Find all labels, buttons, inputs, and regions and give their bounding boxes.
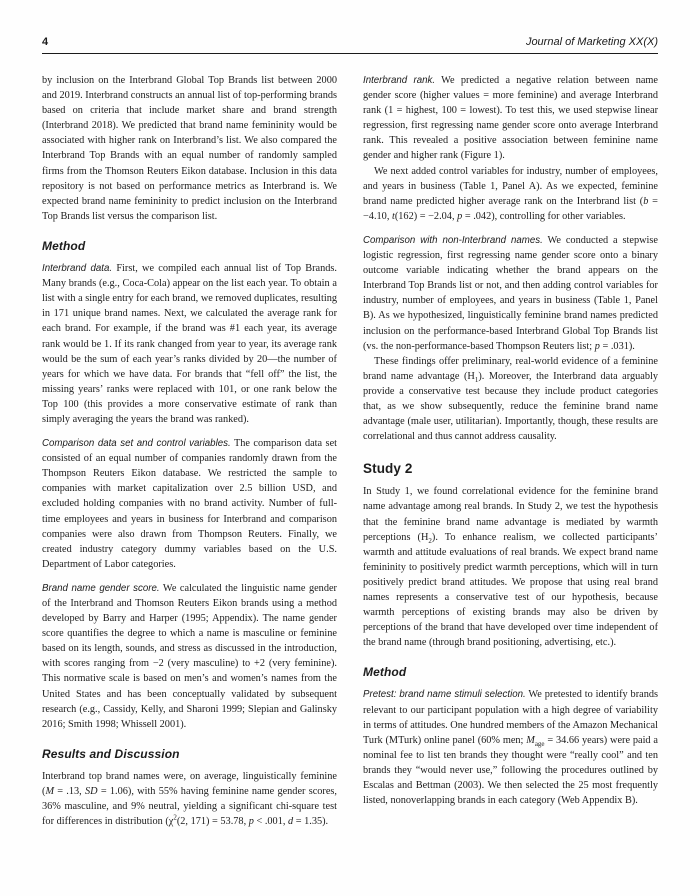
paragraph-lead-in: Comparison data set and control variable… [42,438,231,449]
right-column: Interbrand rank. We predicted a negative… [363,73,658,829]
running-head: 4 Journal of Marketing XX(X) [42,36,658,54]
findings-paragraph: These findings offer preliminary, real-w… [363,354,658,445]
section-heading-results: Results and Discussion [42,747,337,762]
paragraph-lead-in: Pretest: brand name stimuli selection. [363,689,526,700]
journal-page: 4 Journal of Marketing XX(X) by inclusio… [0,0,700,896]
paragraph-gender-score: Brand name gender score. We calculated t… [42,581,337,732]
page-number: 4 [42,36,48,48]
two-column-body: by inclusion on the Interbrand Global To… [42,73,658,829]
section-heading-method-study2: Method [363,665,658,680]
paragraph-interbrand-data: Interbrand data. First, we compiled each… [42,261,337,427]
intro-paragraph: by inclusion on the Interbrand Global To… [42,73,337,224]
section-heading-method: Method [42,239,337,254]
results-paragraph: Interbrand top brand names were, on aver… [42,769,337,829]
paragraph-text: We pretested to identify brands relevant… [363,689,658,806]
paragraph-lead-in: Interbrand data. [42,263,112,274]
paragraph-text: The comparison data set consisted of an … [42,438,337,570]
controls-paragraph: We next added control variables for indu… [363,164,658,224]
paragraph-lead-in: Interbrand rank. [363,75,435,86]
left-column: by inclusion on the Interbrand Global To… [42,73,337,829]
paragraph-comparison-data: Comparison data set and control variable… [42,436,337,572]
section-heading-study2: Study 2 [363,461,658,476]
paragraph-text: We predicted a negative relation between… [363,75,658,161]
paragraph-pretest: Pretest: brand name stimuli selection. W… [363,687,658,808]
paragraph-text: We calculated the linguistic name gender… [42,583,337,730]
paragraph-lead-in: Comparison with non-Interbrand names. [363,235,543,246]
paragraph-text: We conducted a stepwise logistic regress… [363,235,658,352]
study2-intro-paragraph: In Study 1, we found correlational evide… [363,484,658,650]
paragraph-interbrand-rank: Interbrand rank. We predicted a negative… [363,73,658,164]
journal-title: Journal of Marketing XX(X) [526,36,658,48]
paragraph-comparison-noninterbrand: Comparison with non-Interbrand names. We… [363,233,658,354]
paragraph-lead-in: Brand name gender score. [42,583,160,594]
paragraph-text: First, we compiled each annual list of T… [42,263,337,425]
